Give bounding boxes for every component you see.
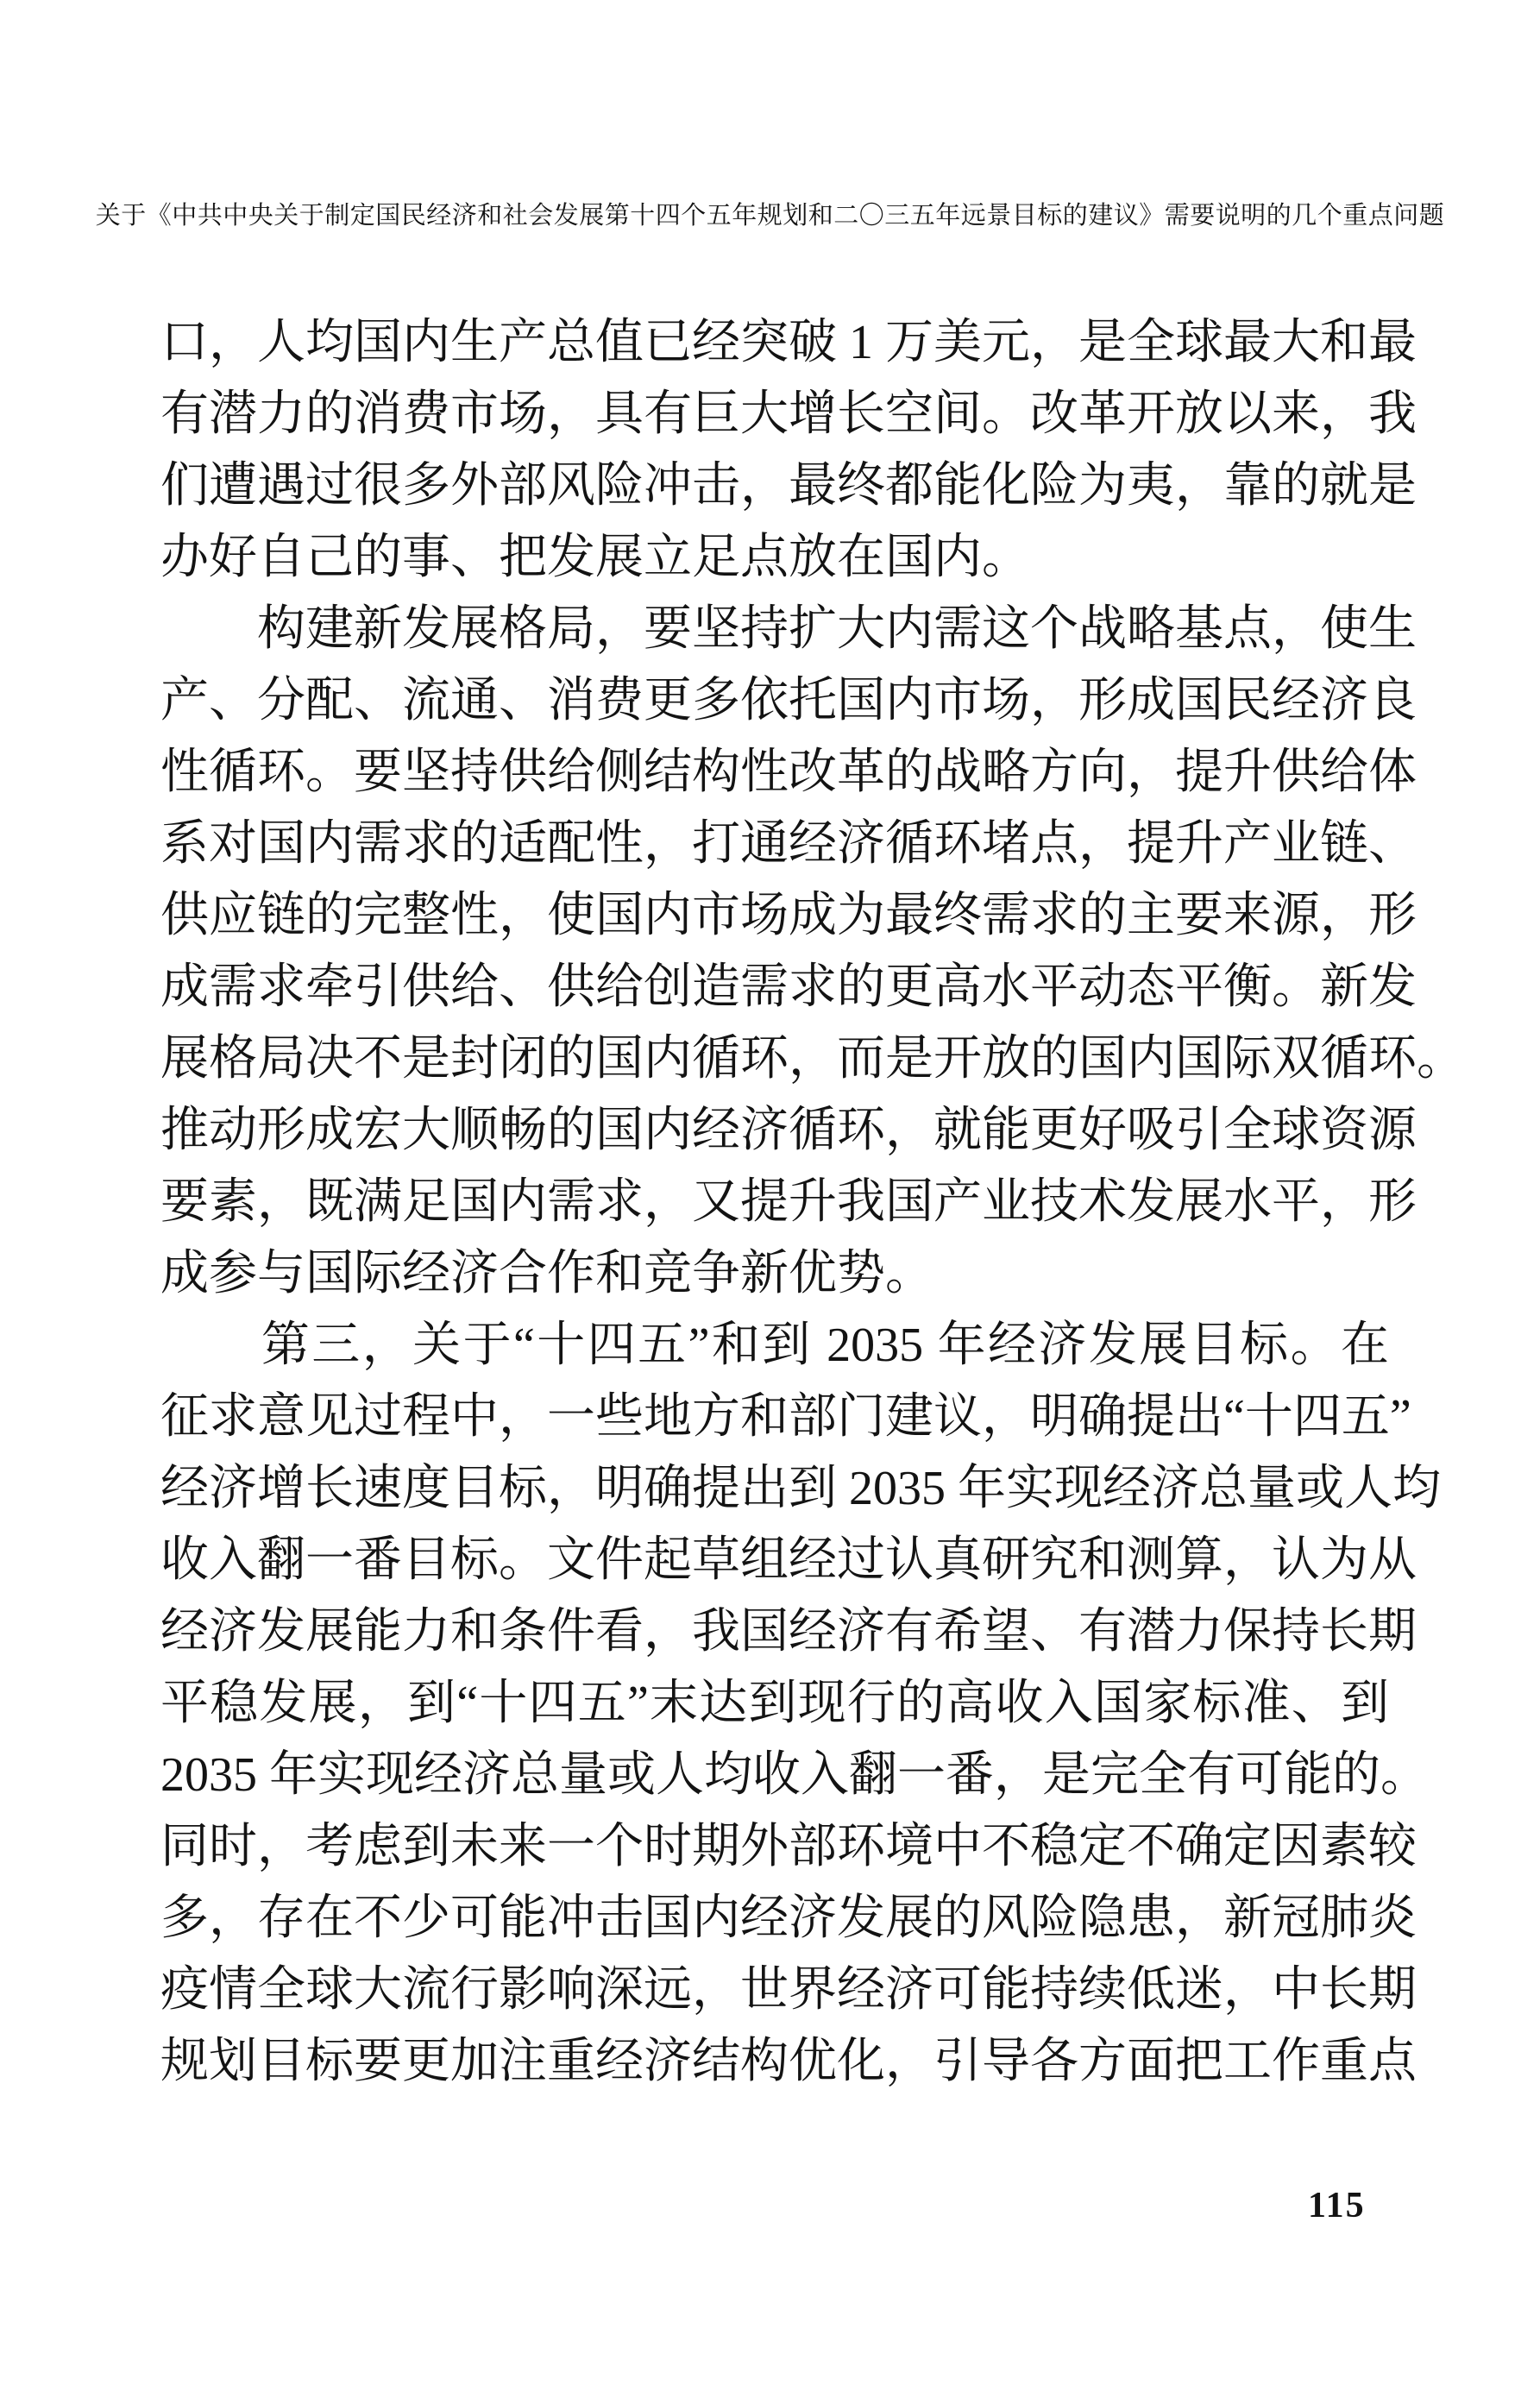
- body-line: 平稳发展，到“十四五”末达到现行的高收入国家标准、到: [160, 1668, 1389, 1740]
- body-line: 同时，考虑到未来一个时期外部环境中不稳定不确定因素较: [160, 1811, 1389, 1883]
- body-line: 办好自己的事、把发展立足点放在国内。: [160, 522, 1389, 594]
- body-line: 成需求牵引供给、供给创造需求的更高水平动态平衡。新发: [160, 952, 1389, 1023]
- body-text: 口，人均国内生产总值已经突破 1 万美元，是全球最大和最有潜力的消费市场，具有巨…: [160, 307, 1389, 2098]
- body-line: 多，存在不少可能冲击国内经济发展的风险隐患，新冠肺炎: [160, 1883, 1389, 1955]
- page-number: 115: [1308, 2185, 1366, 2226]
- body-line: 推动形成宏大顺畅的国内经济循环，就能更好吸引全球资源: [160, 1095, 1389, 1167]
- running-header: 关于《中共中央关于制定国民经济和社会发展第十四个五年规划和二〇三五年远景目标的建…: [78, 198, 1462, 233]
- body-line: 规划目标要更加注重经济结构优化，引导各方面把工作重点: [160, 2026, 1389, 2098]
- body-line: 系对国内需求的适配性，打通经济循环堵点，提升产业链、: [160, 809, 1389, 880]
- body-line: 构建新发展格局，要坚持扩大内需这个战略基点，使生: [160, 594, 1389, 665]
- body-line: 第三，关于“十四五”和到 2035 年经济发展目标。在: [160, 1310, 1389, 1382]
- body-line: 供应链的完整性，使国内市场成为最终需求的主要来源，形: [160, 880, 1389, 952]
- body-line: 有潜力的消费市场，具有巨大增长空间。改革开放以来，我: [160, 379, 1389, 450]
- body-line: 产、分配、流通、消费更多依托国内市场，形成国民经济良: [160, 665, 1389, 737]
- body-line: 要素，既满足国内需求，又提升我国产业技术发展水平，形: [160, 1167, 1389, 1238]
- body-line: 性循环。要坚持供给侧结构性改革的战略方向，提升供给体: [160, 737, 1389, 809]
- body-line: 经济增长速度目标，明确提出到 2035 年实现经济总量或人均: [160, 1453, 1389, 1525]
- document-page: 关于《中共中央关于制定国民经济和社会发展第十四个五年规划和二〇三五年远景目标的建…: [0, 0, 1540, 2392]
- body-line: 收入翻一番目标。文件起草组经过认真研究和测算，认为从: [160, 1525, 1389, 1596]
- body-line: 口，人均国内生产总值已经突破 1 万美元，是全球最大和最: [160, 307, 1389, 379]
- body-line: 经济发展能力和条件看，我国经济有希望、有潜力保持长期: [160, 1596, 1389, 1668]
- body-line: 成参与国际经济合作和竞争新优势。: [160, 1238, 1389, 1310]
- body-line: 疫情全球大流行影响深远，世界经济可能持续低迷，中长期: [160, 1955, 1389, 2026]
- body-line: 2035 年实现经济总量或人均收入翻一番，是完全有可能的。: [160, 1740, 1389, 1811]
- body-line: 征求意见过程中，一些地方和部门建议，明确提出“十四五”: [160, 1382, 1389, 1453]
- body-line: 展格局决不是封闭的国内循环，而是开放的国内国际双循环。: [160, 1023, 1389, 1095]
- body-line: 们遭遇过很多外部风险冲击，最终都能化险为夷，靠的就是: [160, 450, 1389, 522]
